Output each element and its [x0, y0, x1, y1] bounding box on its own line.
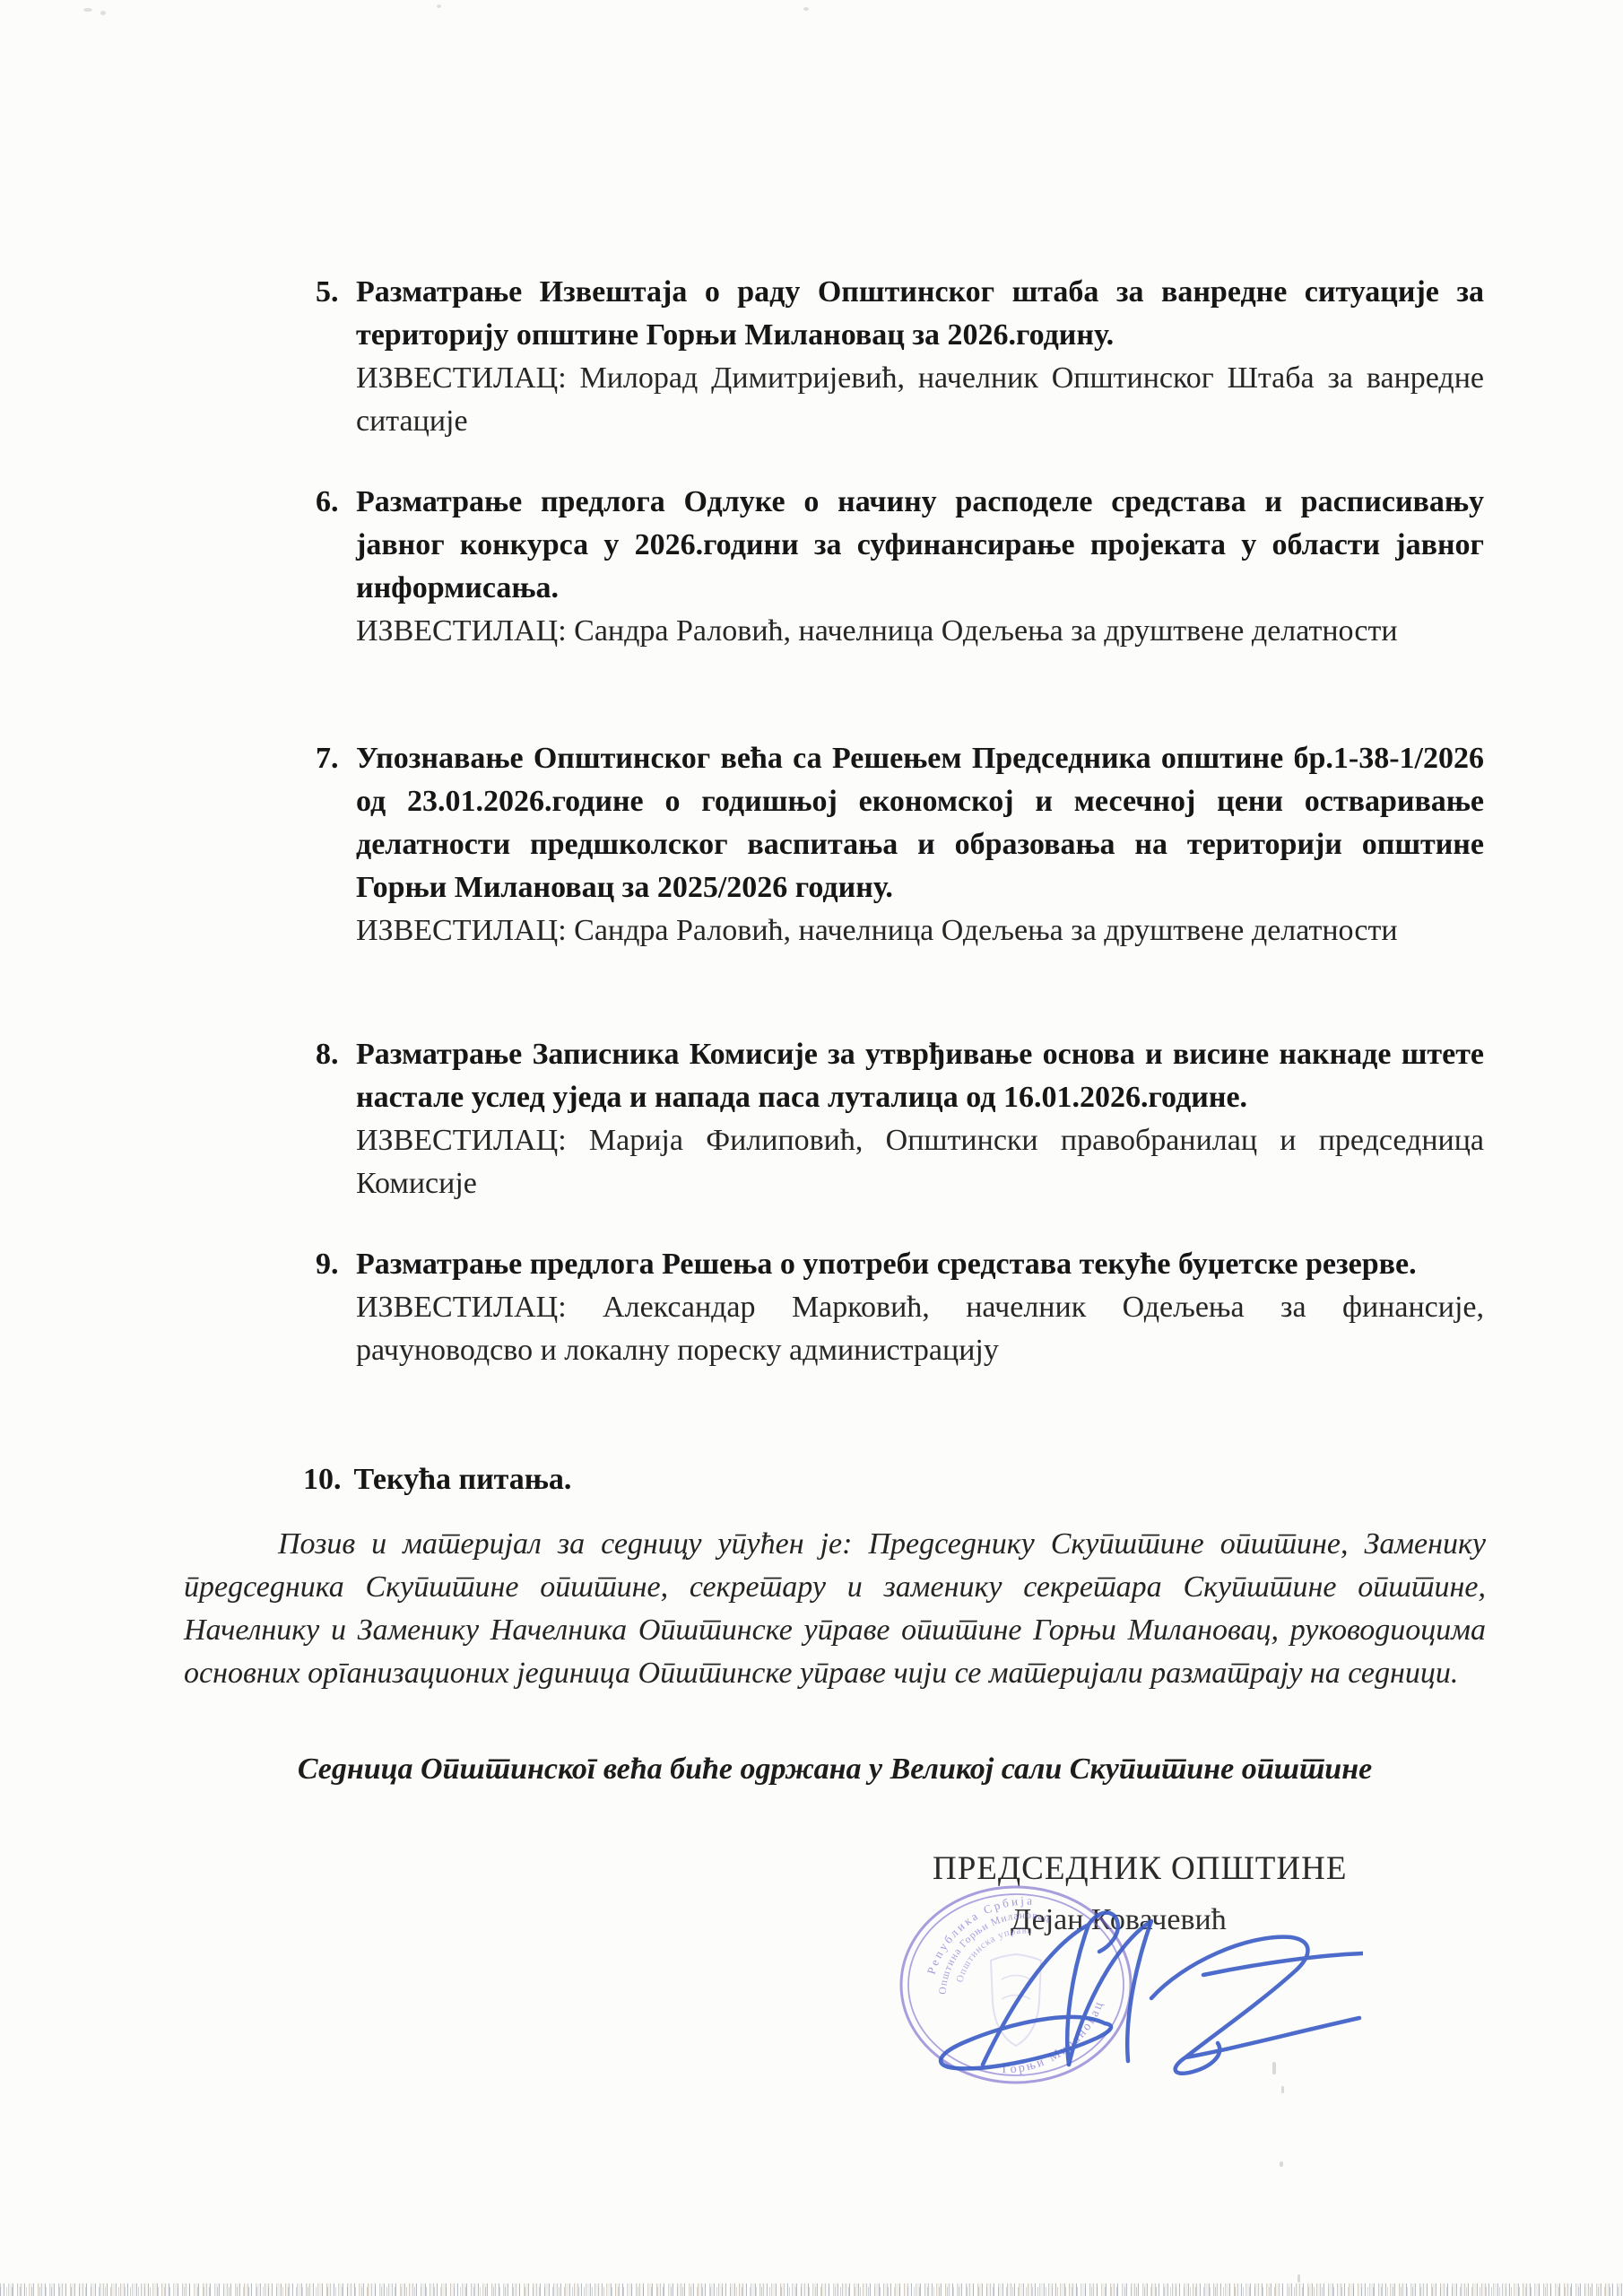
agenda-item-7: 7. Упознавање Општинског већа са Решењем… [316, 737, 1484, 952]
agenda-item-number: 6. [316, 481, 356, 524]
agenda-item-5: 5. Разматрање Извештаја о раду Општинско… [316, 271, 1484, 443]
agenda-item-reporter: ИЗВЕСТИЛАЦ: Александар Марковић, начелни… [356, 1286, 1484, 1372]
agenda-item-10: 10.Текућа питања. [303, 1458, 571, 1501]
scan-speck [1298, 2274, 1300, 2283]
agenda-item-title: Упознавање Општинског већа са Решењем Пр… [356, 737, 1484, 909]
agenda-item-title: Текућа питања. [354, 1463, 572, 1496]
scan-speck [83, 8, 92, 12]
scan-speck [100, 11, 106, 15]
agenda-item-body: Разматрање предлога Одлуке о начину расп… [356, 481, 1484, 653]
scan-noise-band [0, 2287, 1623, 2296]
agenda-item-reporter: ИЗВЕСТИЛАЦ: Сандра Раловић, начелница Од… [356, 610, 1484, 653]
agenda-item-body: Разматрање Записника Комисије за утврђив… [356, 1033, 1484, 1205]
scan-speck [1280, 2161, 1283, 2167]
agenda-item-body: Упознавање Општинског већа са Решењем Пр… [356, 737, 1484, 952]
agenda-item-6: 6. Разматрање предлога Одлуке о начину р… [316, 481, 1484, 653]
agenda-item-number: 5. [316, 271, 356, 314]
agenda-item-number: 9. [316, 1243, 356, 1286]
agenda-item-reporter: ИЗВЕСТИЛАЦ: Сандра Раловић, начелница Од… [356, 909, 1484, 952]
agenda-item-number: 8. [316, 1033, 356, 1076]
agenda-item-number: 10. [303, 1463, 342, 1496]
agenda-item-title: Разматрање Извештаја о раду Општинског ш… [356, 271, 1484, 357]
agenda-item-number: 7. [316, 737, 356, 780]
handwritten-signature [897, 1898, 1363, 2091]
agenda-item-title: Разматрање предлога Решења о употреби ср… [356, 1243, 1484, 1286]
agenda-item-title: Разматрање предлога Одлуке о начину расп… [356, 481, 1484, 610]
agenda-item-9: 9. Разматрање предлога Решења о употреби… [316, 1243, 1484, 1372]
agenda-item-title: Разматрање Записника Комисије за утврђив… [356, 1033, 1484, 1119]
scan-speck [437, 4, 441, 8]
agenda-item-8: 8. Разматрање Записника Комисије за утвр… [316, 1033, 1484, 1205]
agenda-item-body: Разматрање Извештаја о раду Општинског ш… [356, 271, 1484, 443]
agenda-item-reporter: ИЗВЕСТИЛАЦ: Милорад Димитријевић, начелн… [356, 357, 1484, 443]
distribution-paragraph: Позив и материјал за седницу упућен је: … [184, 1523, 1486, 1695]
scanned-document-page: 5. Разматрање Извештаја о раду Општинско… [0, 0, 1623, 2296]
agenda-item-body: Разматрање предлога Решења о употреби ср… [356, 1243, 1484, 1372]
venue-line: Седница Општинског већа биће одржана у В… [184, 1749, 1486, 1790]
agenda-item-reporter: ИЗВЕСТИЛАЦ: Марија Филиповић, Општински … [356, 1119, 1484, 1205]
scan-speck [803, 7, 809, 11]
